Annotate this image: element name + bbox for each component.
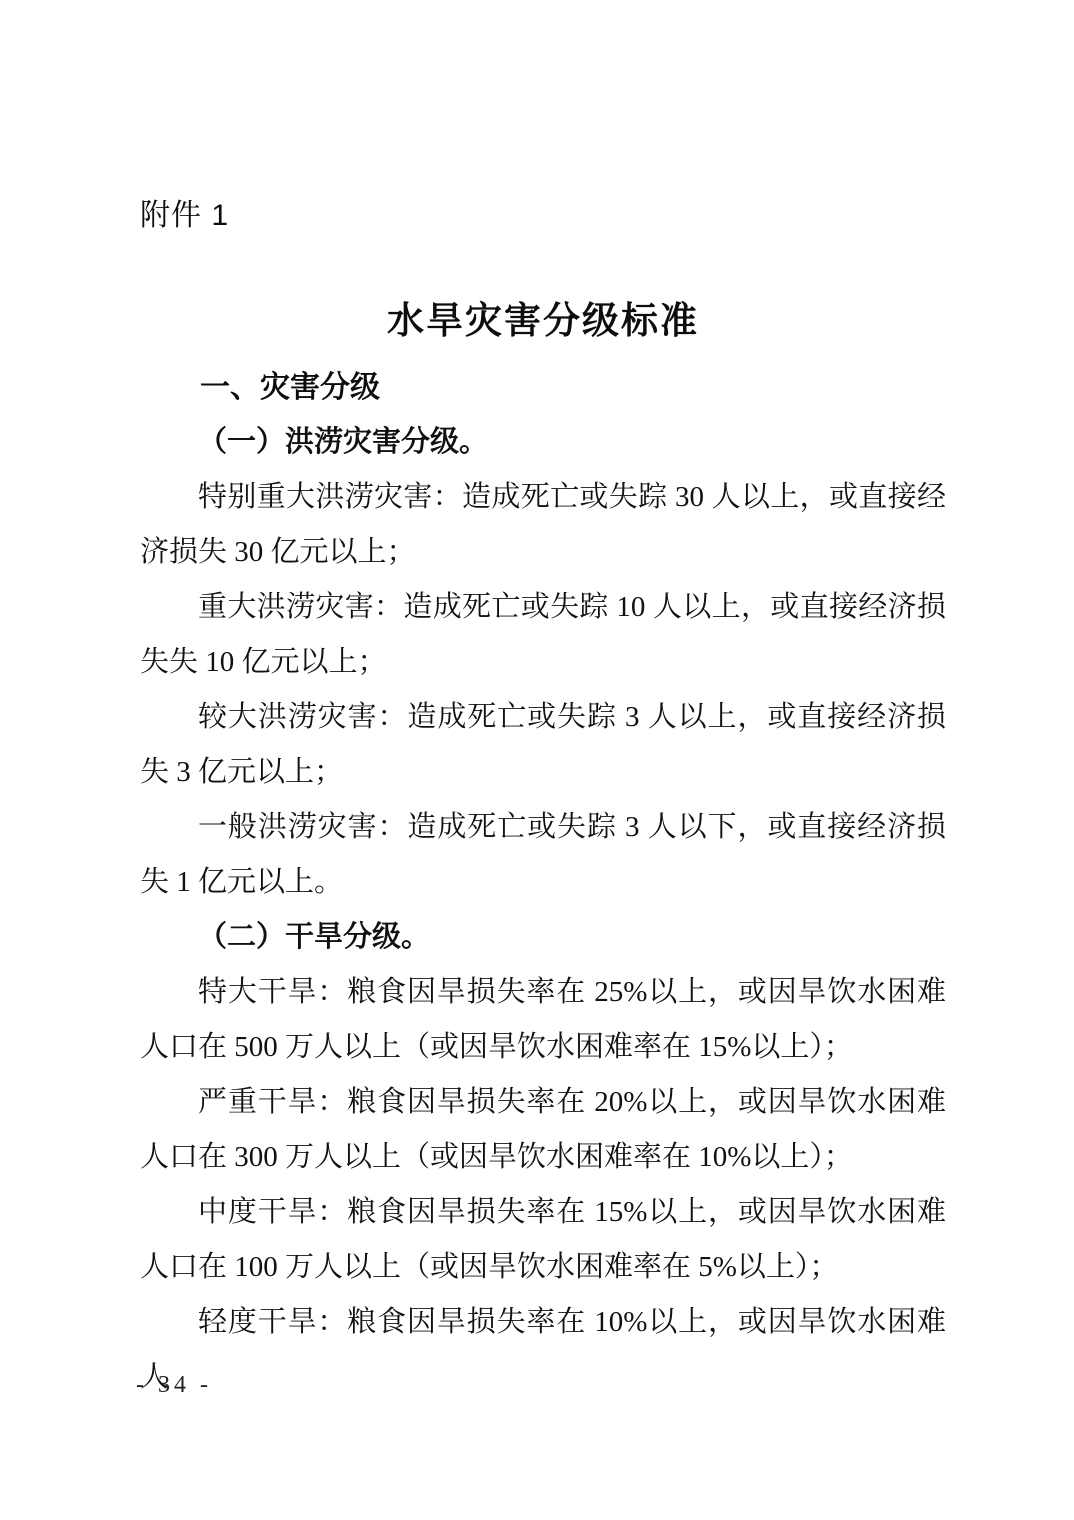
document-content: 附件 1 水旱灾害分级标准 一、灾害分级 （一）洪涝灾害分级。 特别重大洪涝灾害…	[140, 0, 946, 1405]
document-title: 水旱灾害分级标准	[140, 296, 946, 346]
section-heading-disaster-grading: 一、灾害分级	[140, 360, 946, 415]
paragraph-flood-major: 重大洪涝灾害：造成死亡或失踪 10 人以上，或直接经济损失失 10 亿元以上；	[140, 580, 946, 690]
page-number: - 34 -	[136, 1372, 212, 1399]
paragraph-drought-light-truncated: 轻度干旱：粮食因旱损失率在 10%以上，或因旱饮水困难人	[140, 1295, 946, 1405]
paragraph-flood-relatively-major: 较大洪涝灾害：造成死亡或失踪 3 人以上，或直接经济损失 3 亿元以上；	[140, 690, 946, 800]
document-page: 附件 1 水旱灾害分级标准 一、灾害分级 （一）洪涝灾害分级。 特别重大洪涝灾害…	[0, 0, 1074, 1520]
sub-heading-drought-grading: （二）干旱分级。	[140, 910, 946, 965]
paragraph-flood-ordinary: 一般洪涝灾害：造成死亡或失踪 3 人以下，或直接经济损失 1 亿元以上。	[140, 800, 946, 910]
paragraph-drought-severe: 严重干旱：粮食因旱损失率在 20%以上，或因旱饮水困难人口在 300 万人以上（…	[140, 1075, 946, 1185]
sub-heading-flood-grading: （一）洪涝灾害分级。	[140, 415, 946, 470]
paragraph-drought-extraordinary: 特大干旱：粮食因旱损失率在 25%以上，或因旱饮水困难人口在 500 万人以上（…	[140, 965, 946, 1075]
paragraph-flood-extremely-major: 特别重大洪涝灾害：造成死亡或失踪 30 人以上，或直接经济损失 30 亿元以上；	[140, 470, 946, 580]
attachment-label: 附件 1	[140, 196, 946, 236]
paragraph-drought-moderate: 中度干旱：粮食因旱损失率在 15%以上，或因旱饮水困难人口在 100 万人以上（…	[140, 1185, 946, 1295]
